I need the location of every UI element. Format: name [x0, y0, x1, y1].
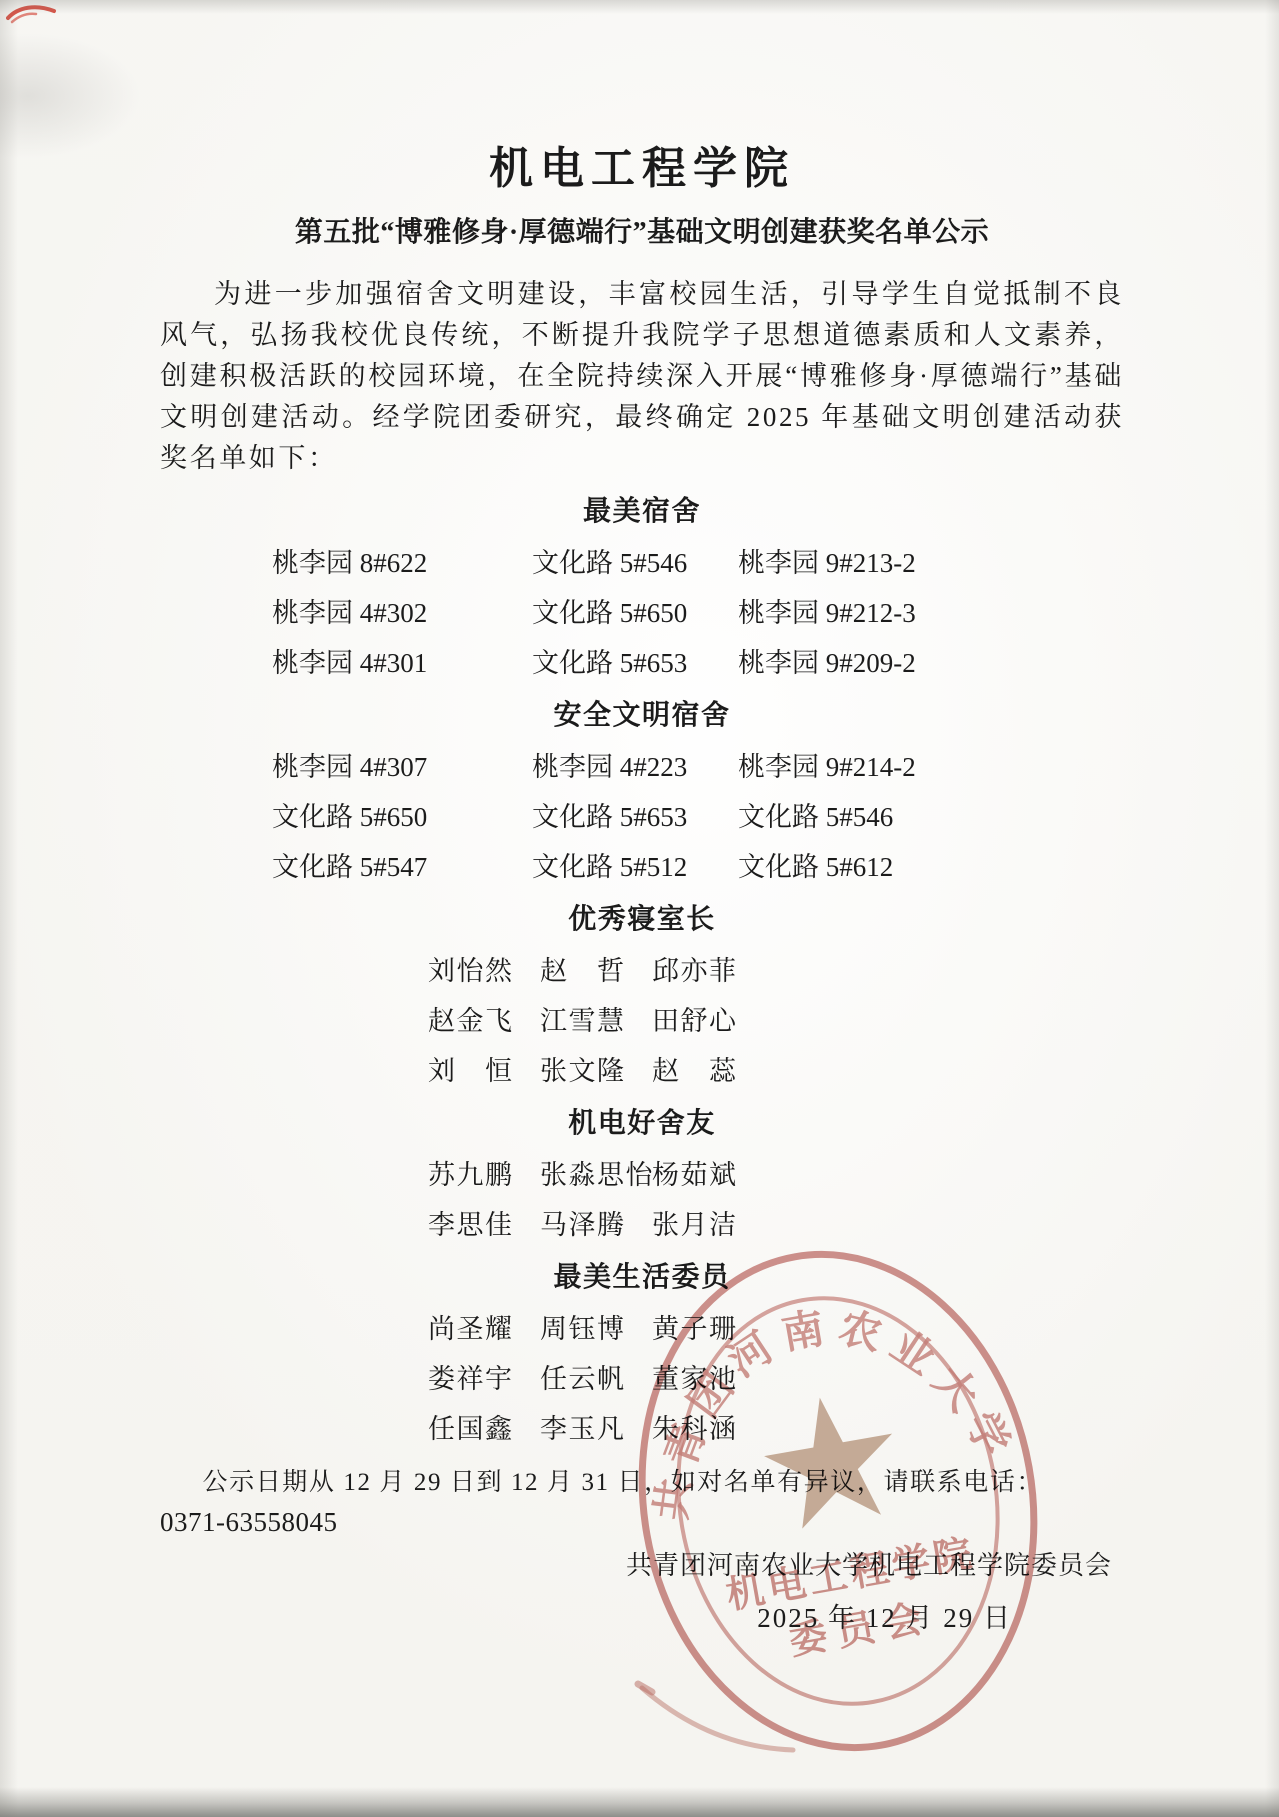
section-heading: 机电好舍友 — [160, 1107, 1124, 1141]
award-cell: 桃李园 4#307 — [272, 753, 532, 781]
award-section: 机电好舍友苏九鹏张淼思怡杨茹斌李思佳马泽腾张月洁 — [160, 1107, 1124, 1239]
award-row: 桃李园 4#301文化路 5#653桃李园 9#209-2 — [272, 649, 1124, 677]
award-cell: 桃李园 4#302 — [272, 599, 532, 627]
stamp-smudge-2 — [638, 1684, 652, 1692]
award-cell: 桃李园 9#213-2 — [738, 549, 1124, 577]
award-row: 李思佳马泽腾张月洁 — [428, 1211, 1124, 1239]
award-cell: 张月洁 — [652, 1211, 1124, 1239]
award-cell: 李玉凡 — [540, 1415, 652, 1443]
award-row: 任国鑫李玉凡朱科涵 — [428, 1415, 1124, 1443]
section-heading: 最美生活委员 — [160, 1261, 1124, 1295]
award-cell: 文化路 5#546 — [738, 803, 1124, 831]
phone-number: 0371-63558045 — [160, 1505, 1124, 1539]
award-row: 桃李园 4#307桃李园 4#223桃李园 9#214-2 — [272, 753, 1124, 781]
award-cell: 桃李园 8#622 — [272, 549, 532, 577]
award-cell: 杨茹斌 — [652, 1161, 1124, 1189]
award-cell: 文化路 5#653 — [532, 649, 738, 677]
award-cell: 文化路 5#547 — [272, 853, 532, 881]
award-cell: 娄祥宇 — [428, 1365, 540, 1393]
award-section: 最美宿舍桃李园 8#622文化路 5#546桃李园 9#213-2桃李园 4#3… — [160, 495, 1124, 677]
award-cell: 赵金飞 — [428, 1007, 540, 1035]
award-cell: 任云帆 — [540, 1365, 652, 1393]
award-row: 刘怡然赵 哲邱亦菲 — [428, 957, 1124, 985]
sections: 最美宿舍桃李园 8#622文化路 5#546桃李园 9#213-2桃李园 4#3… — [160, 495, 1124, 1443]
page-title: 机电工程学院 — [160, 142, 1124, 196]
section-heading: 最美宿舍 — [160, 495, 1124, 529]
intro-paragraph: 为进一步加强宿舍文明建设，丰富校园生活，引导学生自觉抵制不良风气，弘扬我校优良传… — [160, 274, 1124, 479]
award-row: 桃李园 4#302文化路 5#650桃李园 9#212-3 — [272, 599, 1124, 627]
award-cell: 张文隆 — [540, 1057, 652, 1085]
award-cell: 赵 蕊 — [652, 1057, 1124, 1085]
award-cell: 赵 哲 — [540, 957, 652, 985]
award-cell: 马泽腾 — [540, 1211, 652, 1239]
award-cell: 文化路 5#512 — [532, 853, 738, 881]
award-cell: 桃李园 9#212-3 — [738, 599, 1124, 627]
award-cell: 文化路 5#653 — [532, 803, 738, 831]
award-row: 文化路 5#547文化路 5#512文化路 5#612 — [272, 853, 1124, 881]
page-subtitle: 第五批“博雅修身·厚德端行”基础文明创建获奖名单公示 — [160, 214, 1124, 252]
award-row: 文化路 5#650文化路 5#653文化路 5#546 — [272, 803, 1124, 831]
document-content: 机电工程学院 第五批“博雅修身·厚德端行”基础文明创建获奖名单公示 为进一步加强… — [160, 142, 1124, 1637]
award-cell: 朱科涵 — [652, 1415, 1124, 1443]
award-cell: 周钰博 — [540, 1315, 652, 1343]
award-cell: 文化路 5#546 — [532, 549, 738, 577]
award-section: 最美生活委员尚圣耀周钰博黄子珊娄祥宇任云帆董家池任国鑫李玉凡朱科涵 — [160, 1261, 1124, 1443]
date-line: 2025 年 12 月 29 日 — [160, 1599, 1012, 1637]
award-cell: 江雪慧 — [540, 1007, 652, 1035]
award-cell: 任国鑫 — [428, 1415, 540, 1443]
award-row: 刘 恒张文隆赵 蕊 — [428, 1057, 1124, 1085]
award-cell: 桃李园 9#209-2 — [738, 649, 1124, 677]
notice-line: 公示日期从 12 月 29 日到 12 月 31 日，如对名单有异议，请联系电话… — [160, 1465, 1124, 1501]
award-row: 娄祥宇任云帆董家池 — [428, 1365, 1124, 1393]
award-cell: 桃李园 4#223 — [532, 753, 738, 781]
award-cell: 刘怡然 — [428, 957, 540, 985]
award-cell: 邱亦菲 — [652, 957, 1124, 985]
award-cell: 刘 恒 — [428, 1057, 540, 1085]
award-section: 安全文明宿舍桃李园 4#307桃李园 4#223桃李园 9#214-2文化路 5… — [160, 699, 1124, 881]
award-row: 尚圣耀周钰博黄子珊 — [428, 1315, 1124, 1343]
document-page: 机电工程学院 第五批“博雅修身·厚德端行”基础文明创建获奖名单公示 为进一步加强… — [0, 0, 1279, 1817]
red-pen-mark — [6, 2, 58, 24]
award-cell: 尚圣耀 — [428, 1315, 540, 1343]
award-cell: 黄子珊 — [652, 1315, 1124, 1343]
award-cell: 桃李园 4#301 — [272, 649, 532, 677]
award-cell: 文化路 5#650 — [272, 803, 532, 831]
award-cell: 桃李园 9#214-2 — [738, 753, 1124, 781]
section-heading: 安全文明宿舍 — [160, 699, 1124, 733]
award-row: 桃李园 8#622文化路 5#546桃李园 9#213-2 — [272, 549, 1124, 577]
stamp-smudge — [642, 1688, 793, 1750]
award-row: 赵金飞江雪慧田舒心 — [428, 1007, 1124, 1035]
award-cell: 董家池 — [652, 1365, 1124, 1393]
award-row: 苏九鹏张淼思怡杨茹斌 — [428, 1161, 1124, 1189]
award-section: 优秀寝室长刘怡然赵 哲邱亦菲赵金飞江雪慧田舒心刘 恒张文隆赵 蕊 — [160, 903, 1124, 1085]
award-cell: 田舒心 — [652, 1007, 1124, 1035]
signature-line: 共青团河南农业大学机电工程学院委员会 — [160, 1547, 1112, 1585]
section-heading: 优秀寝室长 — [160, 903, 1124, 937]
award-cell: 苏九鹏 — [428, 1161, 540, 1189]
award-cell: 文化路 5#650 — [532, 599, 738, 627]
award-cell: 李思佳 — [428, 1211, 540, 1239]
award-cell: 张淼思怡 — [540, 1161, 652, 1189]
award-cell: 文化路 5#612 — [738, 853, 1124, 881]
